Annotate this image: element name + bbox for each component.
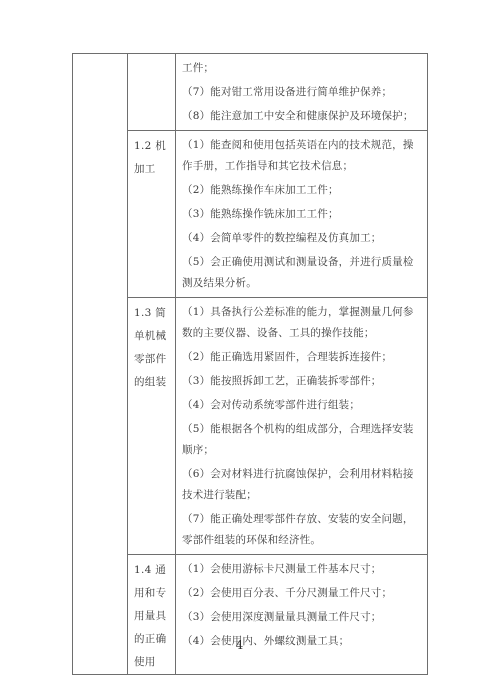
requirement-item: （7）能正确处理零部件存放、安装的安全问题，零部件组装的环保和经济性。 (182, 509, 423, 551)
row-content-cell: 工件；（7）能对钳工常用设备进行简单维护保养；（8）能注意加工中安全和健康保护及… (176, 54, 428, 131)
row-label-cell: 1.3 简单机械零部件的组装 (128, 298, 176, 555)
requirement-item: （3）会使用深度测量量具测量工件尺寸； (182, 607, 423, 628)
requirement-item: （5）能根据各个机构的组成部分，合理选择安装顺序； (182, 419, 423, 461)
row-content-cell: （1）会使用游标卡尺测量工件基本尺寸；（2）会使用百分表、千分尺测量工件尺寸；（… (176, 555, 428, 675)
requirement-item: （1）能查阅和使用包括英语在内的技术规范，操作手册，工作指导和其它技术信息； (182, 135, 423, 177)
row-label-cell: 1.4 通用和专用量具的正确使用 (128, 555, 176, 675)
requirement-item: （1）具备执行公差标准的能力，掌握测量几何参数的主要仪器、设备、工具的操作技能； (182, 302, 423, 344)
requirement-item: （4）会简单零件的数控编程及仿真加工； (182, 228, 423, 249)
row-label-cell (128, 54, 176, 131)
requirement-item: （1）会使用游标卡尺测量工件基本尺寸； (182, 559, 423, 580)
requirement-item: （3）能熟练操作铣床加工工件； (182, 204, 423, 225)
requirement-item: （2）会使用百分表、千分尺测量工件尺寸； (182, 583, 423, 604)
requirement-item: （7）能对钳工常用设备进行简单维护保养； (182, 82, 423, 103)
requirement-item: （2）能熟练操作车床加工工件； (182, 180, 423, 201)
requirement-item: 工件； (182, 58, 423, 79)
page-number: 4 (0, 638, 479, 652)
skills-table: 工件；（7）能对钳工常用设备进行简单维护保养；（8）能注意加工中安全和健康保护及… (72, 53, 428, 675)
document-page: 工件；（7）能对钳工常用设备进行简单维护保养；（8）能注意加工中安全和健康保护及… (0, 0, 479, 677)
skills-table-body: 工件；（7）能对钳工常用设备进行简单维护保养；（8）能注意加工中安全和健康保护及… (73, 54, 428, 675)
requirement-item: （8）能注意加工中安全和健康保护及环境保护； (182, 106, 423, 127)
row-label-cell: 1.2 机加工 (128, 131, 176, 298)
requirement-item: （5）会正确使用测试和测量设备，并进行质量检测及结果分析。 (182, 252, 423, 294)
requirement-item: （6）会对材料进行抗腐蚀保护，会利用材料粘接技术进行装配； (182, 464, 423, 506)
merged-empty-cell (73, 54, 128, 675)
row-content-cell: （1）具备执行公差标准的能力，掌握测量几何参数的主要仪器、设备、工具的操作技能；… (176, 298, 428, 555)
requirement-item: （3）能按照拆卸工艺，正确装拆零部件； (182, 371, 423, 392)
table-row: 工件；（7）能对钳工常用设备进行简单维护保养；（8）能注意加工中安全和健康保护及… (73, 54, 428, 131)
requirement-item: （2）能正确选用紧固件，合理装拆连接件； (182, 347, 423, 368)
row-content-cell: （1）能查阅和使用包括英语在内的技术规范，操作手册，工作指导和其它技术信息；（2… (176, 131, 428, 298)
requirement-item: （4）会对传动系统零部件进行组装； (182, 395, 423, 416)
